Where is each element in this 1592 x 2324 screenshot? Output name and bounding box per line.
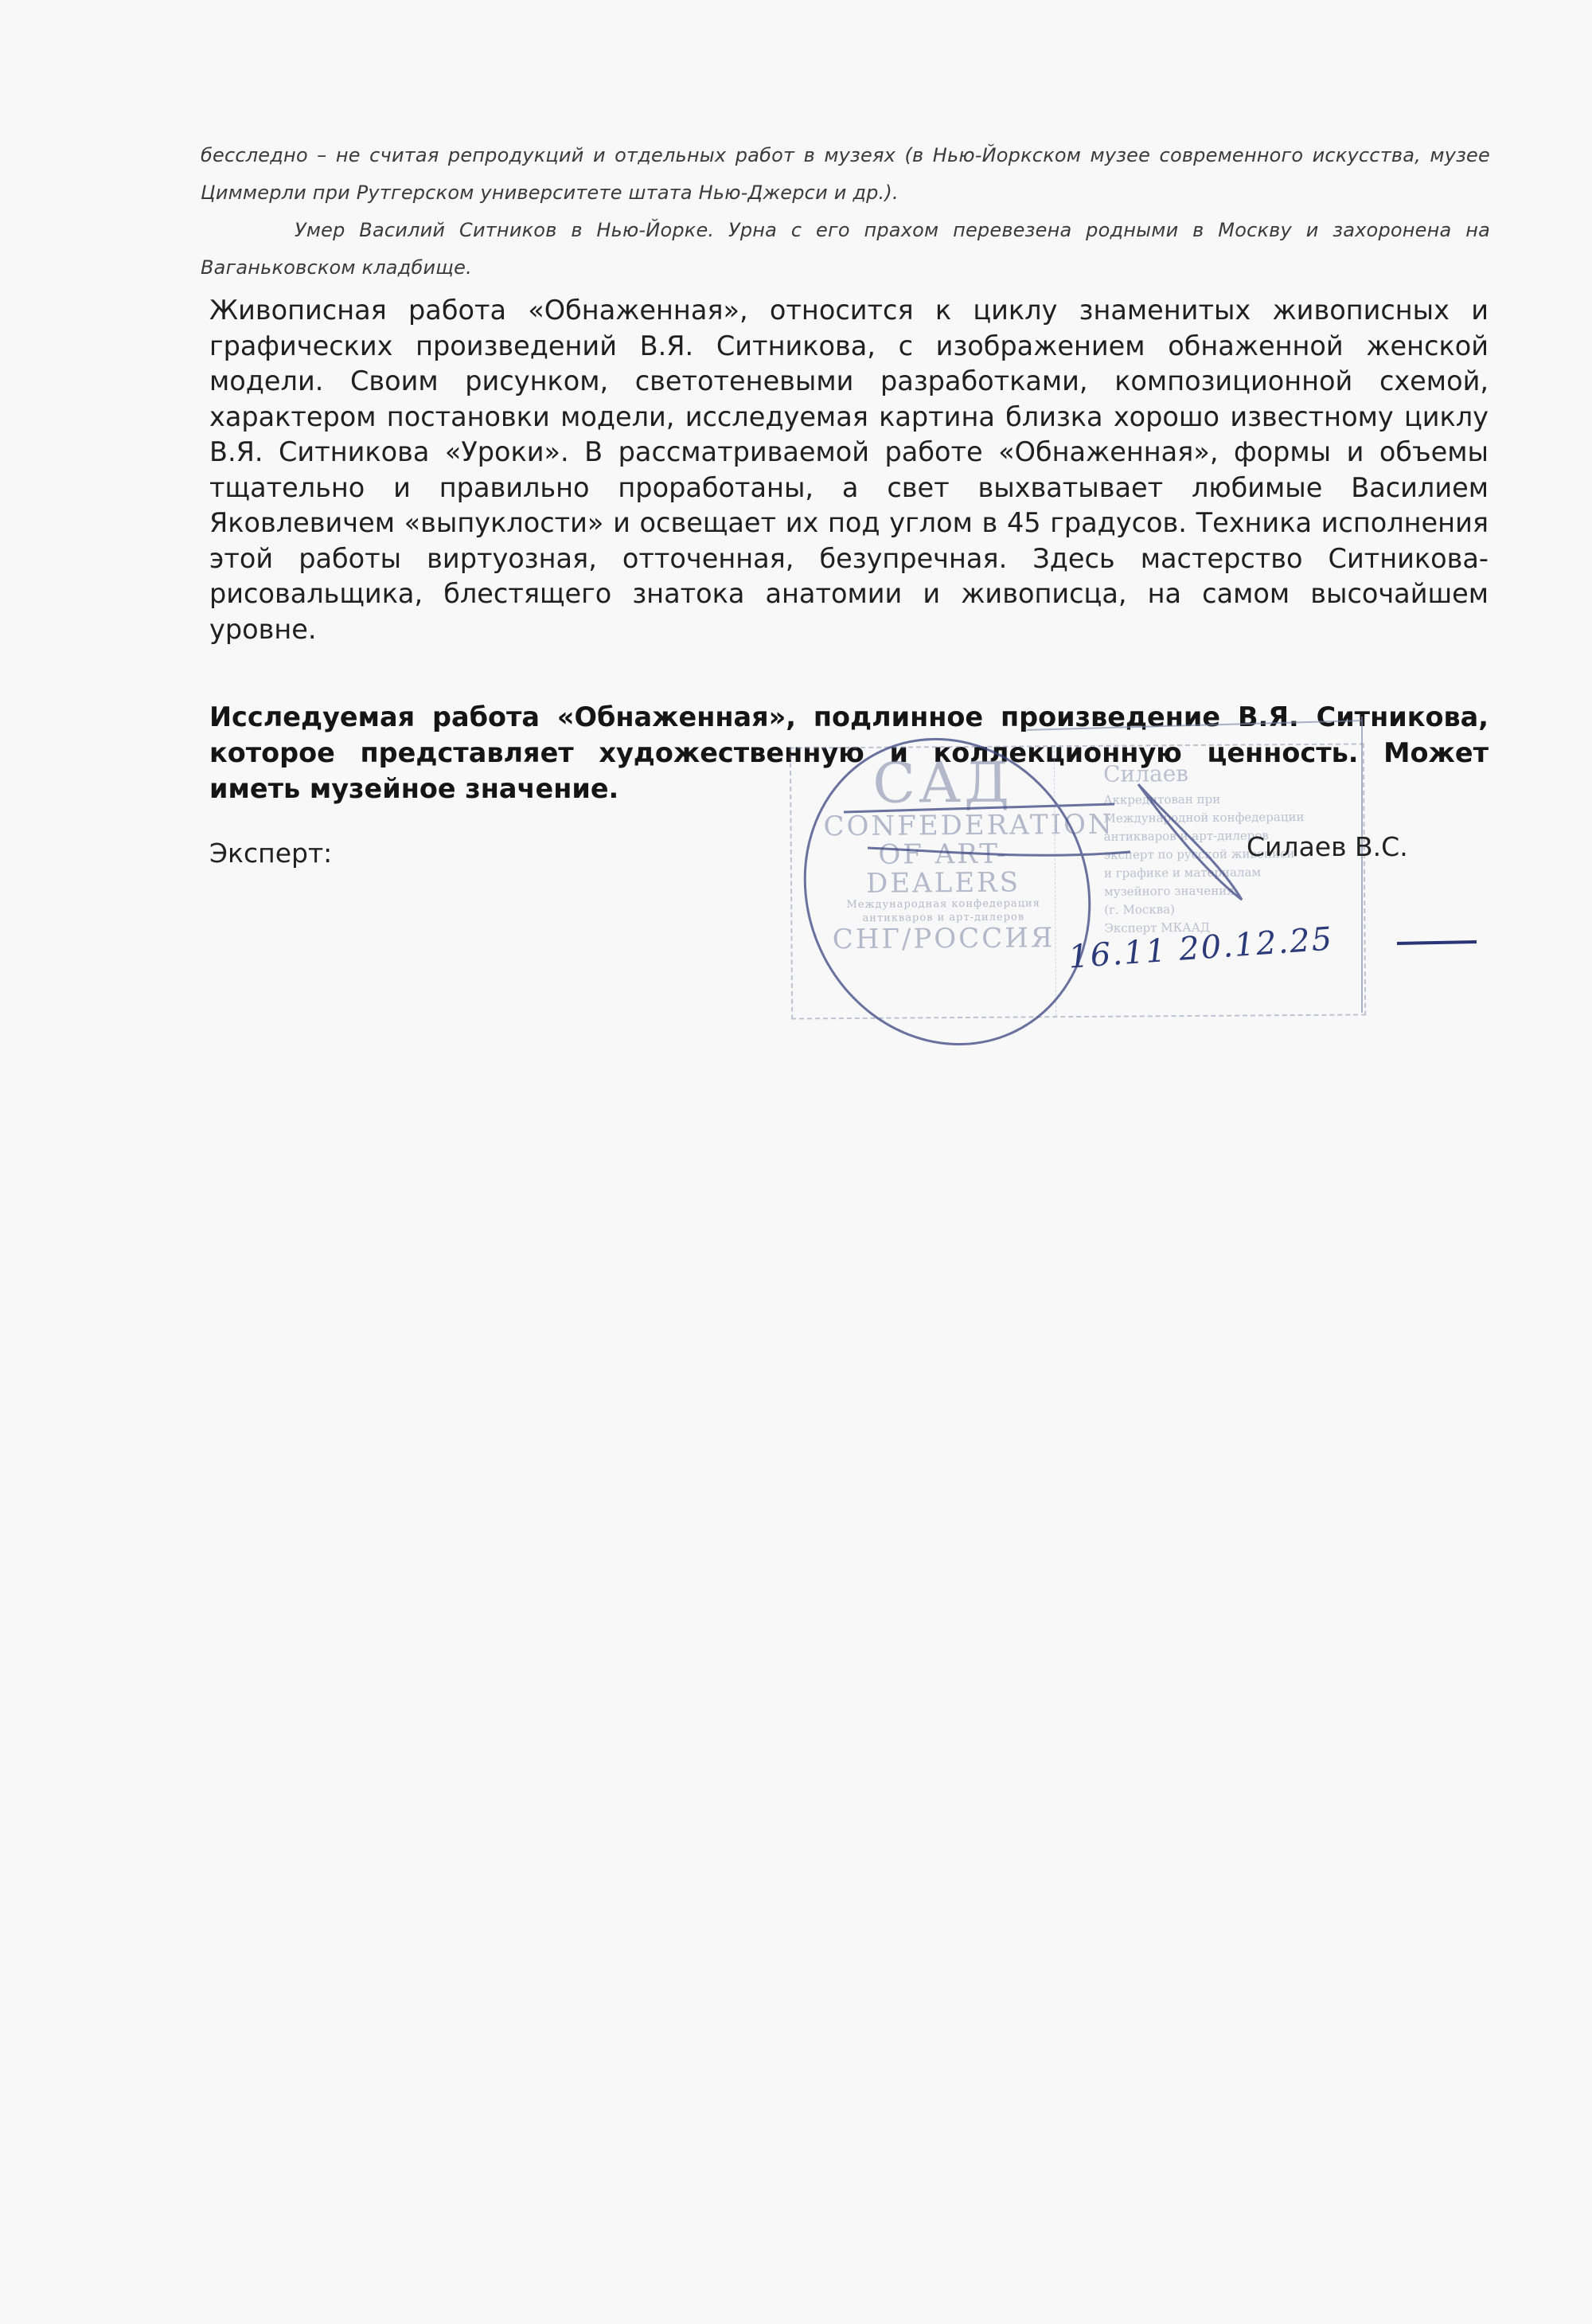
document-page: бесследно – не считая репродукций и отде… xyxy=(0,0,1592,2324)
artwork-description-paragraph: Живописная работа «Обнаженная», относитс… xyxy=(209,293,1489,647)
expert-label: Эксперт: xyxy=(209,838,332,869)
stamp-logo-small-1: Международная конфедерация xyxy=(824,896,1063,912)
stamp-info-line: Международной конфедерации xyxy=(1103,808,1350,828)
stamp-info-line: и графике и материалам xyxy=(1104,863,1351,883)
stamp-info-line: музейного значения xyxy=(1104,881,1351,901)
biography-paragraph-1: бесследно – не считая репродукций и отде… xyxy=(201,137,1490,212)
stamp-expert-name: Силаев xyxy=(1103,760,1350,788)
stamp-info-line: Аккредитован при xyxy=(1103,790,1350,810)
stamp-logo-line-2: OF ART-DEALERS xyxy=(824,839,1063,898)
expert-name: Силаев В.С. xyxy=(1247,831,1408,862)
stamp-logo-mark: САД xyxy=(823,753,1062,812)
stamp-info-line: (г. Москва) xyxy=(1104,900,1351,920)
stamp-right-edge xyxy=(1361,717,1363,1013)
stamp-logo-line-1: CONFEDERATION xyxy=(823,810,1062,841)
biography-paragraph-2: Умер Василий Ситников в Нью-Йорке. Урна … xyxy=(201,212,1490,287)
stamp-logo: САД CONFEDERATION OF ART-DEALERS Междуна… xyxy=(823,753,1063,954)
expert-stamp: САД CONFEDERATION OF ART-DEALERS Междуна… xyxy=(790,743,1366,1019)
stamp-logo-small-3: СНГ/РОССИЯ xyxy=(824,924,1063,954)
biography-excerpt: бесследно – не считая репродукций и отде… xyxy=(201,137,1490,287)
